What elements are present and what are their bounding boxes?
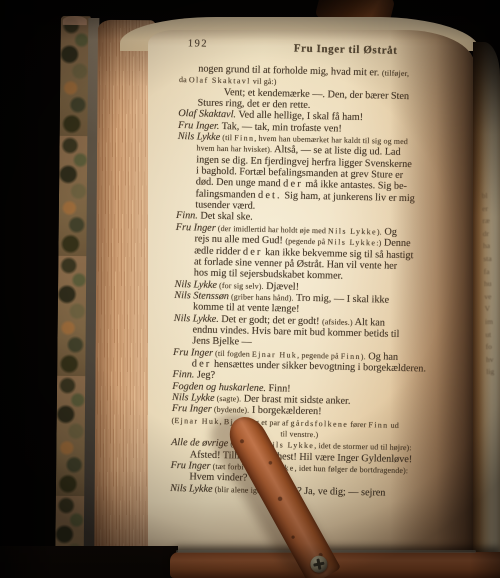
fragment-text: sta [483,255,492,263]
fragment-text: fo [486,343,495,351]
book-photo: 192 Fru Inger til Østråt nogen grund til… [0,0,500,578]
fragment-text: im [485,318,494,326]
screw-icon [309,554,329,574]
left-page: 192 Fru Inger til Østråt nogen grund til… [148,30,474,554]
shadow-under-book [0,546,178,578]
right-page-sliver: blerrædrhastafahuveVimutfohvlig [473,42,500,556]
page-fore-edge-stack [94,20,156,566]
gutter-shadow [390,30,474,554]
fragment-text: V [485,305,494,313]
fragment-text: ræ [482,217,491,225]
fragment-text: hv [486,356,495,364]
fragment-text: dr [483,230,492,238]
running-title: Fru Inger til Østråt [294,43,398,57]
fragment-text: bl [482,192,491,200]
fragment-text: hu [484,280,493,288]
fragment-text: er [482,205,491,213]
page-number: 192 [188,38,208,49]
fragment-text: lig [486,368,495,376]
fragment-text: fa [484,267,493,275]
fragment-text: ha [483,242,492,250]
fragment-text: ve [484,293,493,301]
right-page-text-fragments: blerrædrhastafahuveVimutfohvlig [482,192,495,376]
fragment-text: ut [485,330,494,338]
